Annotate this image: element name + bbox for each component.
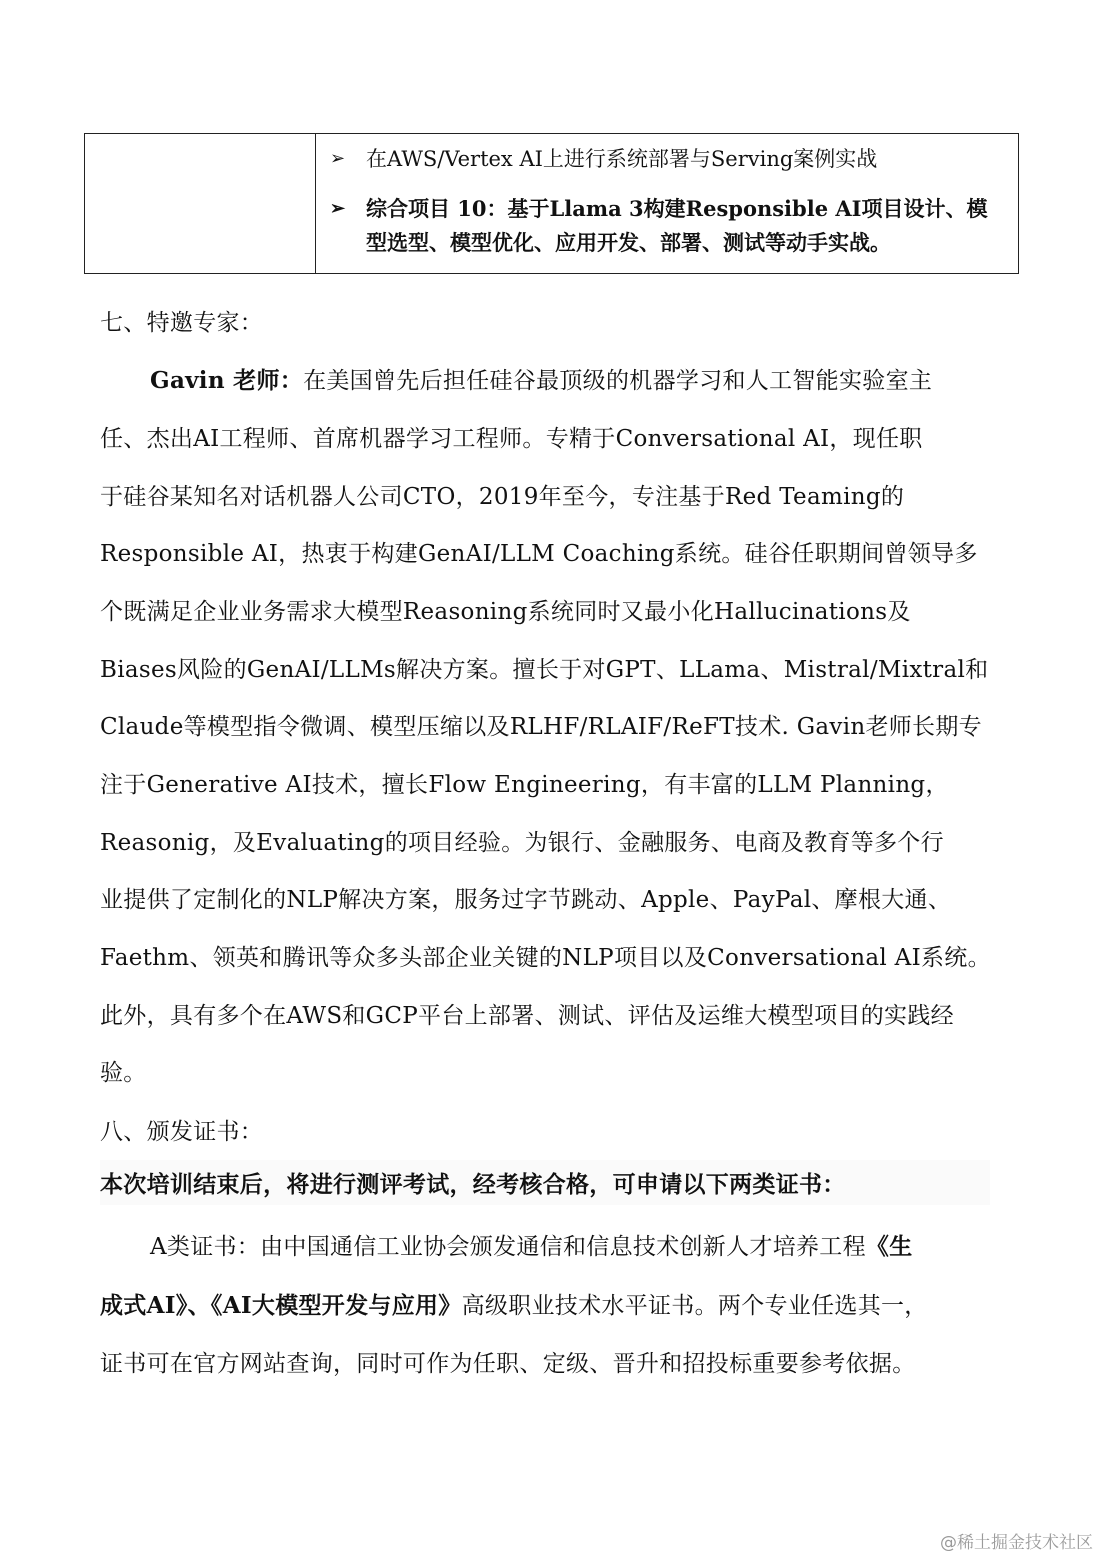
arrow-bullet-icon: ➢ xyxy=(328,142,366,176)
expert-bio-line: Faethm、领英和腾讯等众多头部企业关键的NLP项目以及Conversatio… xyxy=(100,939,991,972)
document-page: ➢ 在AWS/Vertex AI上进行系统部署与Serving案例实战 ➢ 综合… xyxy=(0,0,1103,1559)
expert-bio-line: 个既满足企业业务需求大模型Reasoning系统同时又最小化Hallucinat… xyxy=(100,593,911,626)
bullet-text: 在AWS/Vertex AI上进行系统部署与Serving案例实战 xyxy=(366,142,1008,176)
cert-a-line: A类证书：由中国通信工业协会颁发通信和信息技术创新人才培养工程《生 xyxy=(150,1228,913,1261)
expert-name: Gavin 老师： xyxy=(150,367,303,394)
expert-bio-line: Reasonig，及Evaluating的项目经验。为银行、金融服务、电商及教育… xyxy=(100,824,944,857)
section-heading-experts: 七、特邀专家： xyxy=(100,304,263,337)
bullet-item: ➢ 在AWS/Vertex AI上进行系统部署与Serving案例实战 xyxy=(328,142,1008,176)
expert-bio-line: 注于Generative AI技术，擅长Flow Engineering，有丰富… xyxy=(100,766,949,799)
table-right-cell: ➢ 在AWS/Vertex AI上进行系统部署与Serving案例实战 ➢ 综合… xyxy=(316,134,1018,273)
bullet-item: ➢ 综合项目 10：基于Llama 3构建Responsible AI项目设计、… xyxy=(328,192,1008,260)
expert-bio-line: Claude等模型指令微调、模型压缩以及RLHF/RLAIF/ReFT技术. G… xyxy=(100,708,982,741)
section-heading-certificates: 八、颁发证书： xyxy=(100,1113,263,1146)
watermark: @稀土掘金技术社区 xyxy=(940,1528,1093,1553)
cert-titles: 成式AI》、《AI大模型开发与应用》 xyxy=(100,1292,462,1319)
course-table: ➢ 在AWS/Vertex AI上进行系统部署与Serving案例实战 ➢ 综合… xyxy=(84,133,1019,274)
cert-a-line: 证书可在官方网站查询，同时可作为任职、定级、晋升和招投标重要参考依据。 xyxy=(100,1345,916,1378)
bullet-text: 综合项目 10：基于Llama 3构建Responsible AI项目设计、模型… xyxy=(366,192,1008,260)
cert-a-line: 成式AI》、《AI大模型开发与应用》高级职业技术水平证书。两个专业任选其一， xyxy=(100,1287,928,1320)
expert-bio-line: 验。 xyxy=(100,1054,147,1087)
expert-bio-line: 此外，具有多个在AWS和GCP平台上部署、测试、评估及运维大模型项目的实践经 xyxy=(100,997,954,1030)
table-left-cell xyxy=(85,134,316,273)
expert-bio-line: Biases风险的GenAI/LLMs解决方案。擅长于对GPT、LLama、Mi… xyxy=(100,651,988,684)
arrow-bullet-icon: ➢ xyxy=(328,192,366,226)
expert-bio-line: 于硅谷某知名对话机器人公司CTO，2019年至今，专注基于Red Teaming… xyxy=(100,478,904,511)
expert-bio-line: Gavin 老师：在美国曾先后担任硅谷最顶级的机器学习和人工智能实验室主 xyxy=(150,362,932,395)
expert-bio-line: 业提供了定制化的NLP解决方案，服务过字节跳动、Apple、PayPal、摩根大… xyxy=(100,881,951,914)
expert-bio-line: Responsible AI，热衷于构建GenAI/LLM Coaching系统… xyxy=(100,535,978,568)
expert-bio-line: 任、杰出AI工程师、首席机器学习工程师。专精于Conversational AI… xyxy=(100,420,923,453)
certificate-intro: 本次培训结束后，将进行测评考试，经考核合格，可申请以下两类证书： xyxy=(100,1160,990,1205)
